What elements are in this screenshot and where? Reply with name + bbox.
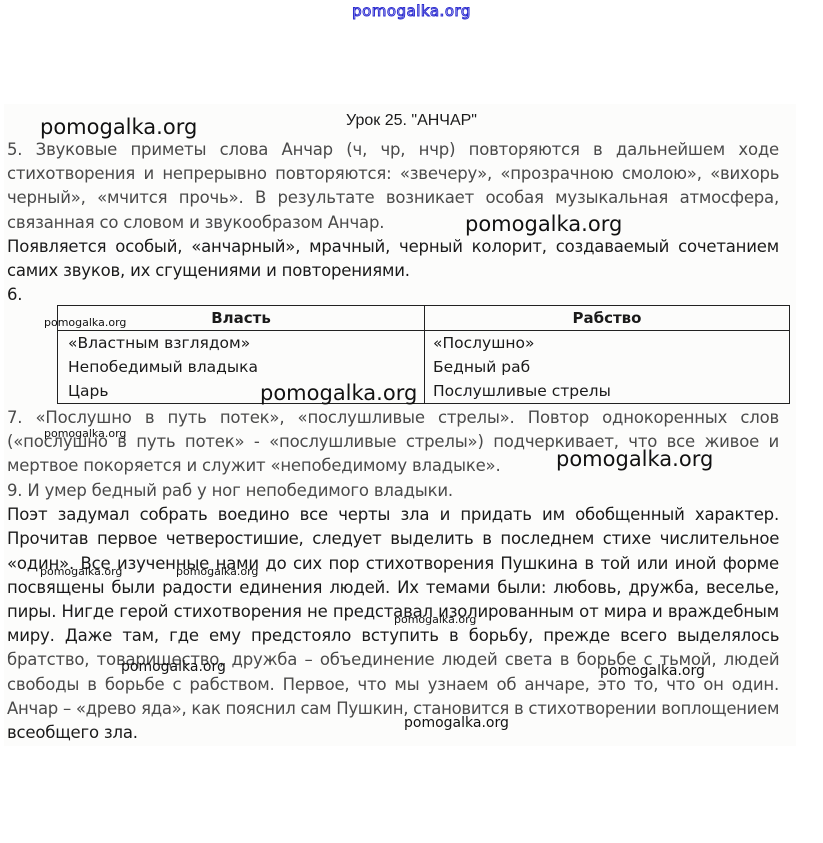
text-line: Анчар – «древо яда», как пояснил сам Пуш… bbox=[7, 697, 779, 721]
text-line: «один». Все изученные нами до сих пор ст… bbox=[7, 552, 779, 576]
text-line: 5. Звуковые приметы слова Анчар (ч, чр, … bbox=[7, 138, 779, 162]
table-cell: «Послушно» bbox=[425, 331, 790, 356]
section-9: 9. И умер бедный раб у ног непобедимого … bbox=[7, 479, 779, 745]
table-row: Непобедимый владыка Бедный раб bbox=[58, 355, 790, 379]
section-5: 5. Звуковые приметы слова Анчар (ч, чр, … bbox=[7, 138, 779, 307]
watermark: pomogalka.org bbox=[40, 565, 122, 578]
text-line: 9. И умер бедный раб у ног непобедимого … bbox=[7, 479, 779, 503]
text-line: Появляется особый, «анчарный», мрачный, … bbox=[7, 235, 779, 259]
table-cell: Непобедимый владыка bbox=[58, 355, 425, 379]
text-line: Прочитав первое четверостишие, следует в… bbox=[7, 527, 779, 551]
watermark: pomogalka.org bbox=[176, 565, 258, 578]
header-watermark: pomogalka.org bbox=[0, 2, 823, 20]
table-row: «Властным взглядом» «Послушно» bbox=[58, 331, 790, 356]
text-line: Поэт задумал собрать воедино все черты з… bbox=[7, 503, 779, 527]
watermark: pomogalka.org bbox=[556, 447, 713, 471]
table-cell: «Властным взглядом» bbox=[58, 331, 425, 356]
text-line: стихотворения и непрерывно повторяются: … bbox=[7, 162, 779, 186]
text-line: всеобщего зла. bbox=[7, 721, 779, 745]
watermark: pomogalka.org bbox=[121, 659, 226, 675]
watermark: pomogalka.org bbox=[44, 427, 126, 440]
comparison-table: Власть Рабство «Властным взглядом» «Посл… bbox=[57, 305, 790, 404]
column-header-slavery: Рабство bbox=[425, 306, 790, 331]
text-line: связанная со словом и звукообразом Анчар… bbox=[7, 211, 779, 235]
watermark: pomogalka.org bbox=[394, 613, 476, 626]
section-6-label: 6. bbox=[7, 283, 779, 307]
watermark: pomogalka.org bbox=[600, 663, 705, 679]
watermark: pomogalka.org bbox=[404, 715, 509, 731]
table-header-row: Власть Рабство bbox=[58, 306, 790, 331]
table-cell: Бедный раб bbox=[425, 355, 790, 379]
text-line: пиры. Нигде герой стихотворения не предс… bbox=[7, 600, 779, 624]
watermark: pomogalka.org bbox=[465, 212, 622, 236]
table-cell: Послушливые стрелы bbox=[425, 379, 790, 404]
watermark: pomogalka.org bbox=[260, 381, 417, 405]
table-row: Царь Послушливые стрелы bbox=[58, 379, 790, 404]
text-line: посвящены были радости единения людей. И… bbox=[7, 576, 779, 600]
text-line: самих звуков, их сгущениями и повторения… bbox=[7, 259, 779, 283]
text-line: черный», «мчится прочь». В результате во… bbox=[7, 186, 779, 210]
watermark: pomogalka.org bbox=[40, 115, 197, 139]
watermark: pomogalka.org bbox=[44, 316, 126, 329]
text-line: миру. Даже там, где ему предстояло вступ… bbox=[7, 624, 779, 648]
